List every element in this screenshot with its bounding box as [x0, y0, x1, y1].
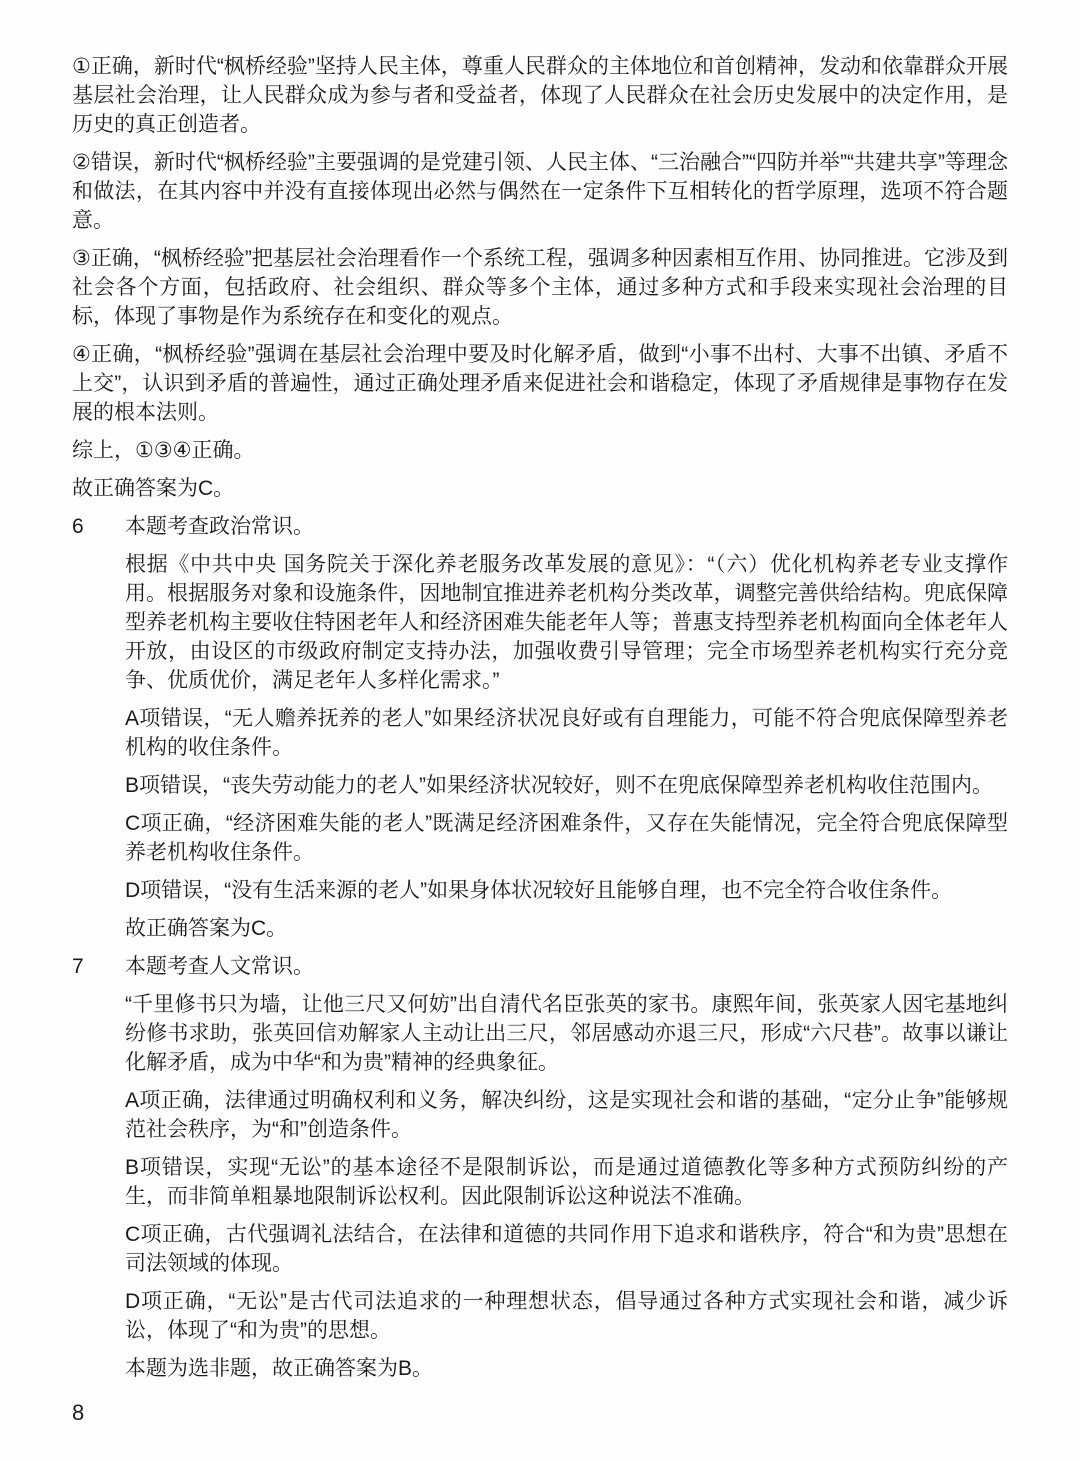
q7-option-c-analysis: C项正确，古代强调礼法结合，在法律和道德的共同作用下追求和谐秩序，符合“和为贵”… — [125, 1220, 1008, 1278]
page-number: 8 — [72, 1398, 1008, 1427]
statement-1-analysis: ①正确，新时代“枫桥经验”坚持人民主体，尊重人民群众的主体地位和首创精神，发动和… — [72, 52, 1008, 139]
answer-explanations: ①正确，新时代“枫桥经验”坚持人民主体，尊重人民群众的主体地位和首创精神，发动和… — [0, 0, 1080, 1427]
question-6-block: 6 本题考查政治常识。 根据《中共中央 国务院关于深化养老服务改革发展的意见》：… — [72, 512, 1008, 952]
q6-option-c-analysis: C项正确，“经济困难失能的老人”既满足经济困难条件，又存在失能情况，完全符合兜底… — [125, 809, 1008, 867]
q7-option-a-analysis: A项正确，法律通过明确权利和义务，解决纠纷，这是实现社会和谐的基础，“定分止争”… — [125, 1086, 1008, 1144]
q6-option-a-analysis: A项错误，“无人赡养抚养的老人”如果经济状况良好或有自理能力，可能不符合兜底保障… — [125, 704, 1008, 762]
statement-4-analysis: ④正确，“枫桥经验”强调在基层社会治理中要及时化解矛盾，做到“小事不出村、大事不… — [72, 340, 1008, 427]
q7-story-paragraph: “千里修书只为墙，让他三尺又何妨”出自清代名臣张英的家书。康熙年间，张英家人因宅… — [125, 990, 1008, 1077]
q6-answer-line: 故正确答案为C。 — [125, 914, 1008, 943]
statement-2-analysis: ②错误，新时代“枫桥经验”主要强调的是党建引领、人民主体、“三治融合”“四防并举… — [72, 148, 1008, 235]
question-7-analysis: 本题考查人文常识。 “千里修书只为墙，让他三尺又何妨”出自清代名臣张英的家书。康… — [125, 952, 1008, 1392]
question-7-block: 7 本题考查人文常识。 “千里修书只为墙，让他三尺又何妨”出自清代名臣张英的家书… — [72, 952, 1008, 1392]
q6-policy-quote-paragraph: 根据《中共中央 国务院关于深化养老服务改革发展的意见》：“（六）优化机构养老专业… — [125, 550, 1008, 695]
q7-exam-point-line: 本题考查人文常识。 — [125, 952, 1008, 981]
q7-option-b-analysis: B项错误，实现“无讼”的基本途径不是限制诉讼，而是通过道德教化等多种方式预防纠纷… — [125, 1153, 1008, 1211]
summary-line: 综上，①③④正确。 — [72, 436, 1008, 465]
q6-exam-point-line: 本题考查政治常识。 — [125, 512, 1008, 541]
answer-line-q5: 故正确答案为C。 — [72, 474, 1008, 503]
question-7-number: 7 — [72, 952, 125, 981]
q7-answer-line: 本题为选非题，故正确答案为B。 — [125, 1354, 1008, 1383]
q6-option-b-analysis: B项错误，“丧失劳动能力的老人”如果经济状况较好，则不在兜底保障型养老机构收住范… — [125, 771, 1008, 800]
document-page: ①正确，新时代“枫桥经验”坚持人民主体，尊重人民群众的主体地位和首创精神，发动和… — [0, 0, 1080, 1461]
statement-3-analysis: ③正确，“枫桥经验”把基层社会治理看作一个系统工程，强调多种因素相互作用、协同推… — [72, 244, 1008, 331]
q7-option-d-analysis: D项正确，“无讼”是古代司法追求的一种理想状态，倡导通过各种方式实现社会和谐，减… — [125, 1287, 1008, 1345]
question-6-number: 6 — [72, 512, 125, 541]
question-6-analysis: 本题考查政治常识。 根据《中共中央 国务院关于深化养老服务改革发展的意见》：“（… — [125, 512, 1008, 952]
q6-option-d-analysis: D项错误，“没有生活来源的老人”如果身体状况较好且能够自理，也不完全符合收住条件… — [125, 876, 1008, 905]
